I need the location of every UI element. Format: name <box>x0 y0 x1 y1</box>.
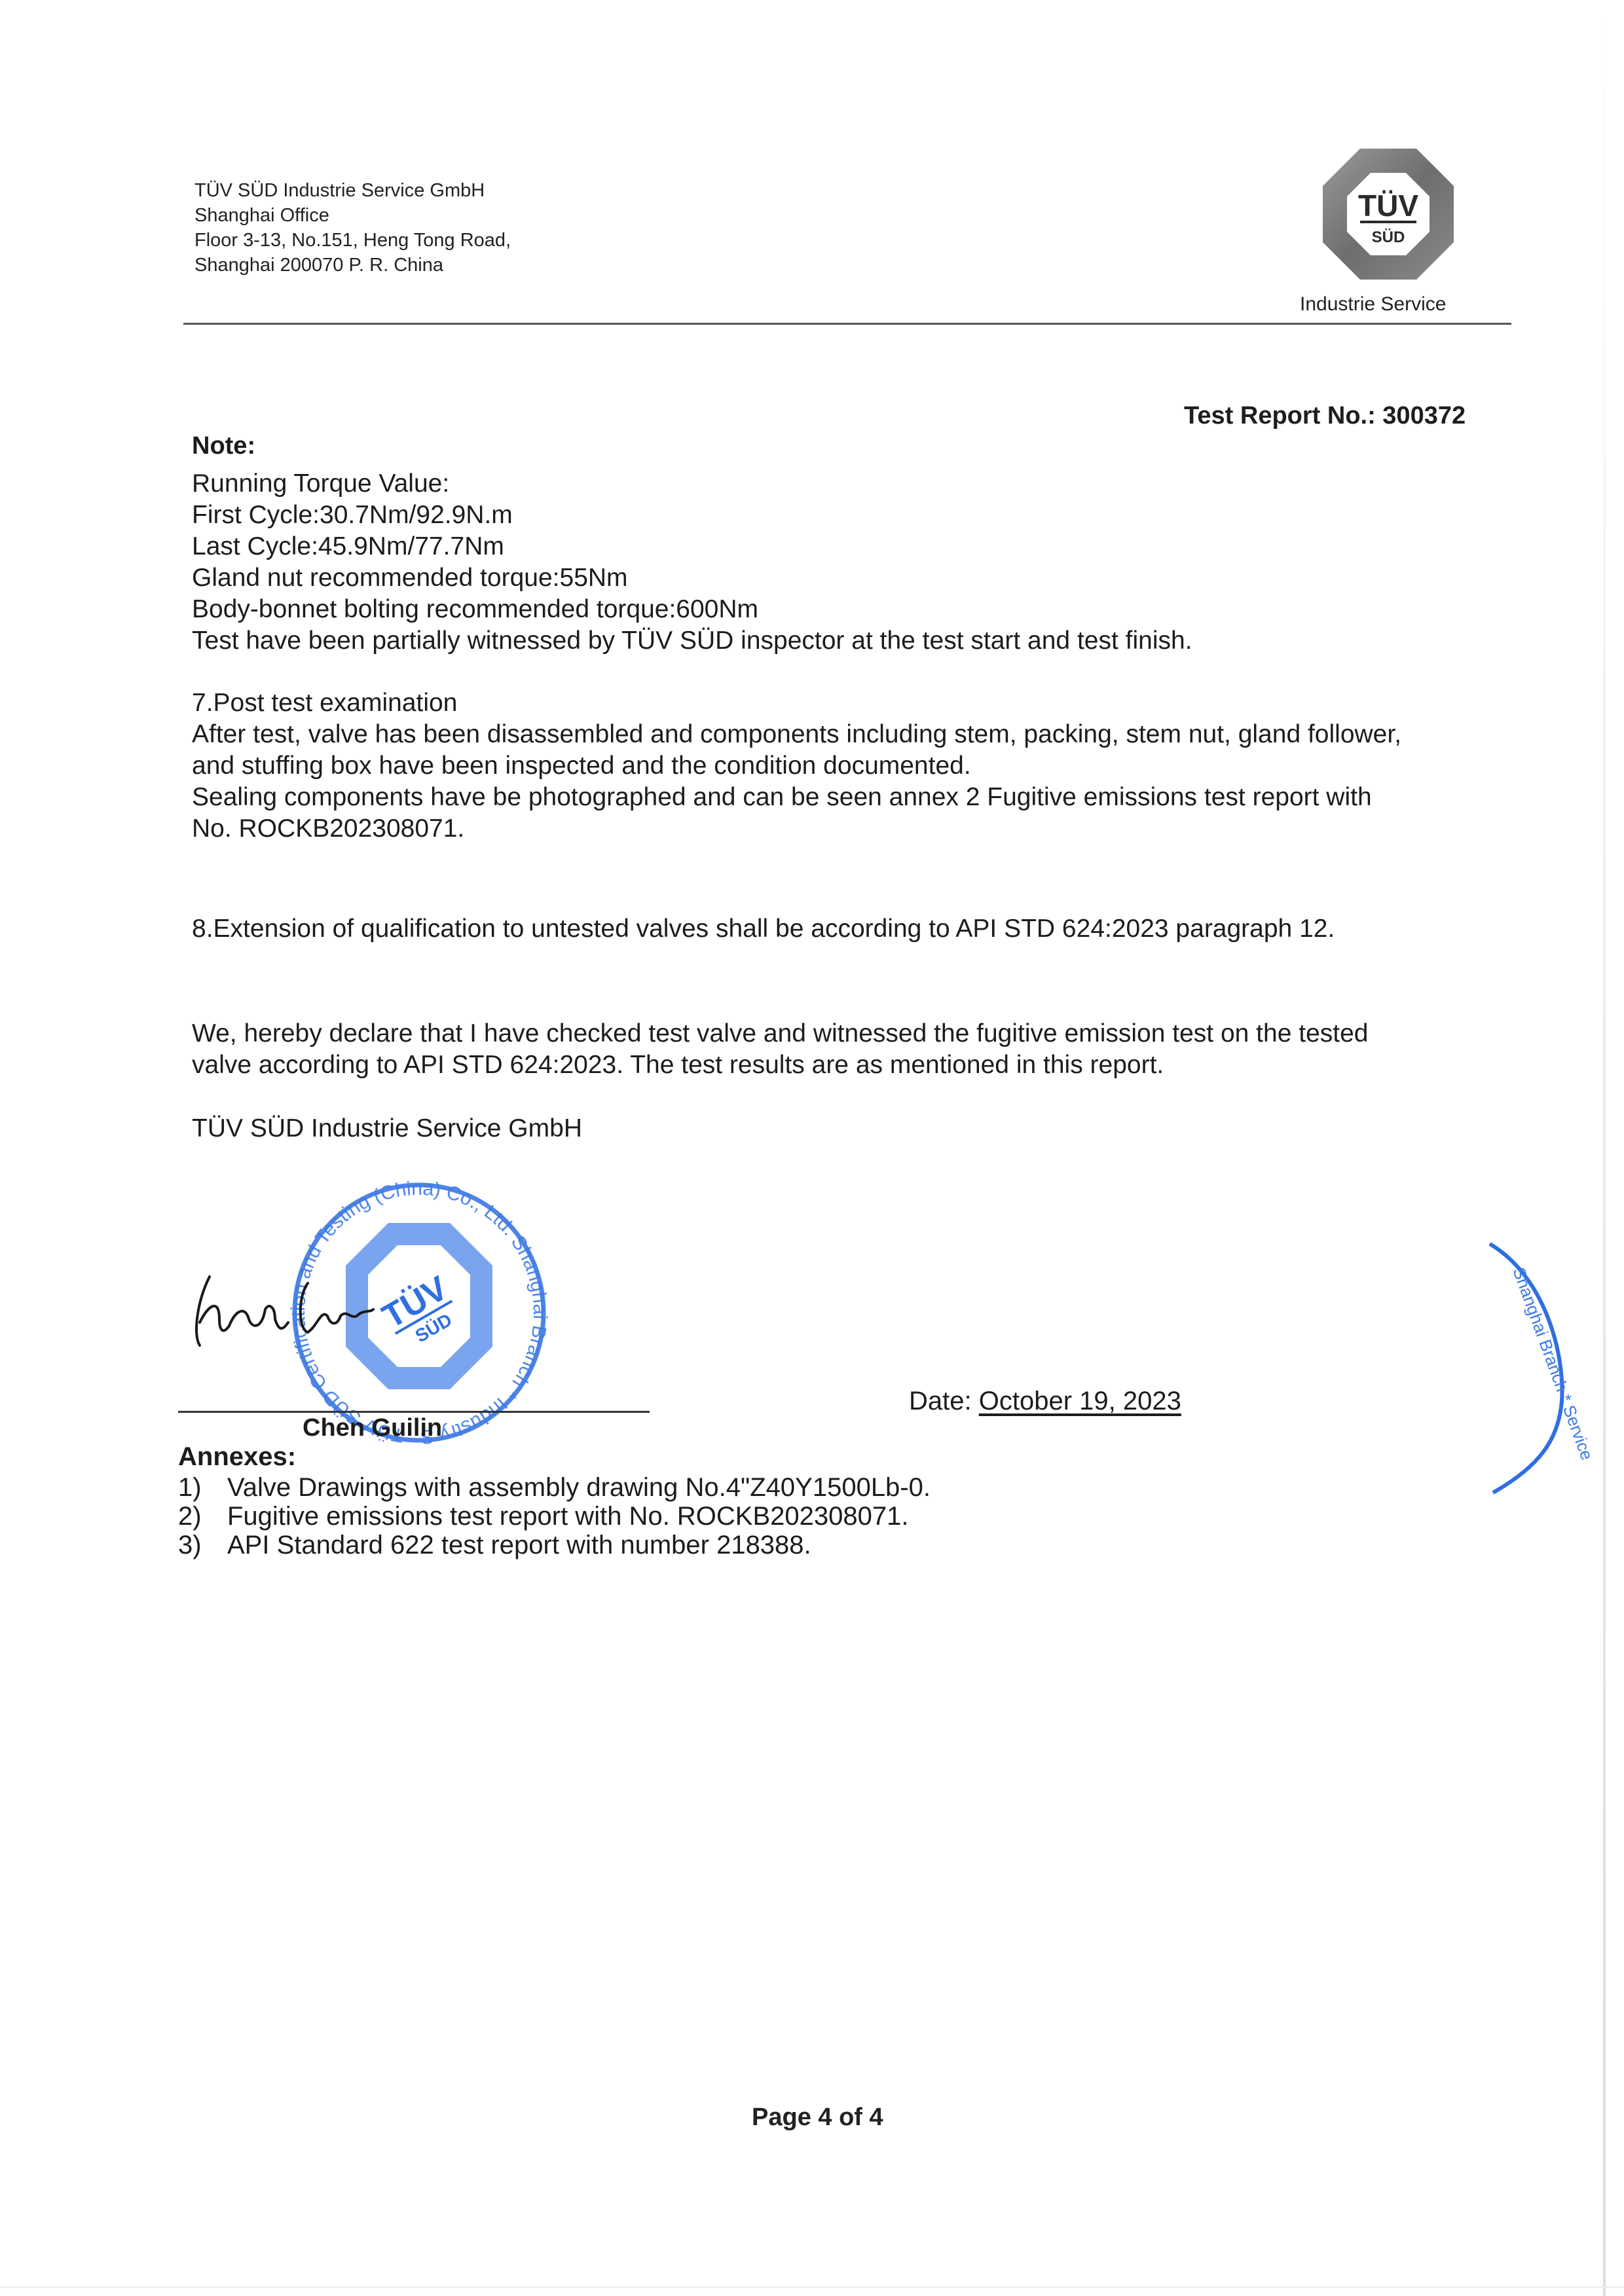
annex-item: 1) Valve Drawings with assembly drawing … <box>178 1473 931 1502</box>
note-line: Body-bonnet bolting recommended torque:6… <box>192 594 1192 625</box>
extension-text: 8.Extension of qualification to untested… <box>192 913 1335 945</box>
note-section: Running Torque Value: First Cycle:30.7Nm… <box>192 468 1192 657</box>
signature-line <box>178 1411 650 1413</box>
declaration-section: We, hereby declare that I have checked t… <box>192 1018 1368 1081</box>
date-label: Date: <box>909 1387 972 1415</box>
date-value: October 19, 2023 <box>979 1387 1181 1415</box>
annexes-heading: Annexes: <box>178 1442 296 1472</box>
test-report-number: Test Report No.: 300372 <box>1184 402 1466 430</box>
partial-stamp-seal-icon: Shanghai Branch * Service <box>1486 1231 1604 1506</box>
annex-number: 2) <box>178 1502 227 1531</box>
note-line: Gland nut recommended torque:55Nm <box>192 562 1192 594</box>
declaration-line: We, hereby declare that I have checked t… <box>192 1018 1368 1049</box>
svg-text:SÜD: SÜD <box>1372 228 1405 246</box>
declaration-line: valve according to API STD 624:2023. The… <box>192 1049 1368 1081</box>
office-address: TÜV SÜD Industrie Service GmbH Shanghai … <box>194 178 511 278</box>
scan-edge-bottom <box>0 2286 1624 2288</box>
tuv-sud-octagon-logo-icon: TÜV SÜD <box>1319 145 1457 283</box>
annex-text: Valve Drawings with assembly drawing No.… <box>227 1473 931 1502</box>
signature-scribble-icon <box>183 1264 419 1355</box>
handwritten-signature <box>183 1264 419 1358</box>
annex-number: 3) <box>178 1531 227 1559</box>
note-line: Running Torque Value: <box>192 468 1192 500</box>
logo-caption: Industrie Service <box>1300 293 1446 316</box>
svg-text:TÜV: TÜV <box>1358 189 1418 223</box>
address-line-city: Shanghai 200070 P. R. China <box>194 253 511 278</box>
note-line: Last Cycle:45.9Nm/77.7Nm <box>192 531 1192 562</box>
tuv-sud-logo: TÜV SÜD <box>1313 145 1464 283</box>
annex-text: API Standard 622 test report with number… <box>227 1531 811 1559</box>
post-test-line: Sealing components have be photographed … <box>192 782 1401 813</box>
address-line-street: Floor 3-13, No.151, Heng Tong Road, <box>194 228 511 253</box>
extension-section: 8.Extension of qualification to untested… <box>192 913 1335 945</box>
note-line: Test have been partially witnessed by TÜ… <box>192 625 1192 657</box>
post-test-line: and stuffing box have been inspected and… <box>192 750 1401 782</box>
post-test-heading: 7.Post test examination <box>192 687 1401 719</box>
date-field: Date: October 19, 2023 <box>909 1387 1181 1416</box>
note-heading: Note: <box>192 432 255 460</box>
annex-item: 3) API Standard 622 test report with num… <box>178 1531 931 1559</box>
signatory-name: Chen Guilin <box>303 1414 442 1442</box>
header-divider <box>183 323 1511 325</box>
address-line-office: Shanghai Office <box>194 203 511 228</box>
annex-item: 2) Fugitive emissions test report with N… <box>178 1502 931 1531</box>
note-line: First Cycle:30.7Nm/92.9N.m <box>192 500 1192 531</box>
post-test-line: After test, valve has been disassembled … <box>192 719 1401 750</box>
post-test-section: 7.Post test examination After test, valv… <box>192 687 1401 845</box>
declaration-company: TÜV SÜD Industrie Service GmbH <box>192 1113 582 1144</box>
annex-text: Fugitive emissions test report with No. … <box>227 1502 909 1531</box>
scan-edge-right <box>1603 0 1606 2296</box>
post-test-line: No. ROCKB202308071. <box>192 813 1401 845</box>
partial-page-stamp: Shanghai Branch * Service <box>1486 1231 1604 1509</box>
annex-number: 1) <box>178 1473 227 1502</box>
page-number: Page 4 of 4 <box>752 2104 883 2132</box>
address-line-company: TÜV SÜD Industrie Service GmbH <box>194 178 511 203</box>
annexes-list: 1) Valve Drawings with assembly drawing … <box>178 1473 931 1559</box>
